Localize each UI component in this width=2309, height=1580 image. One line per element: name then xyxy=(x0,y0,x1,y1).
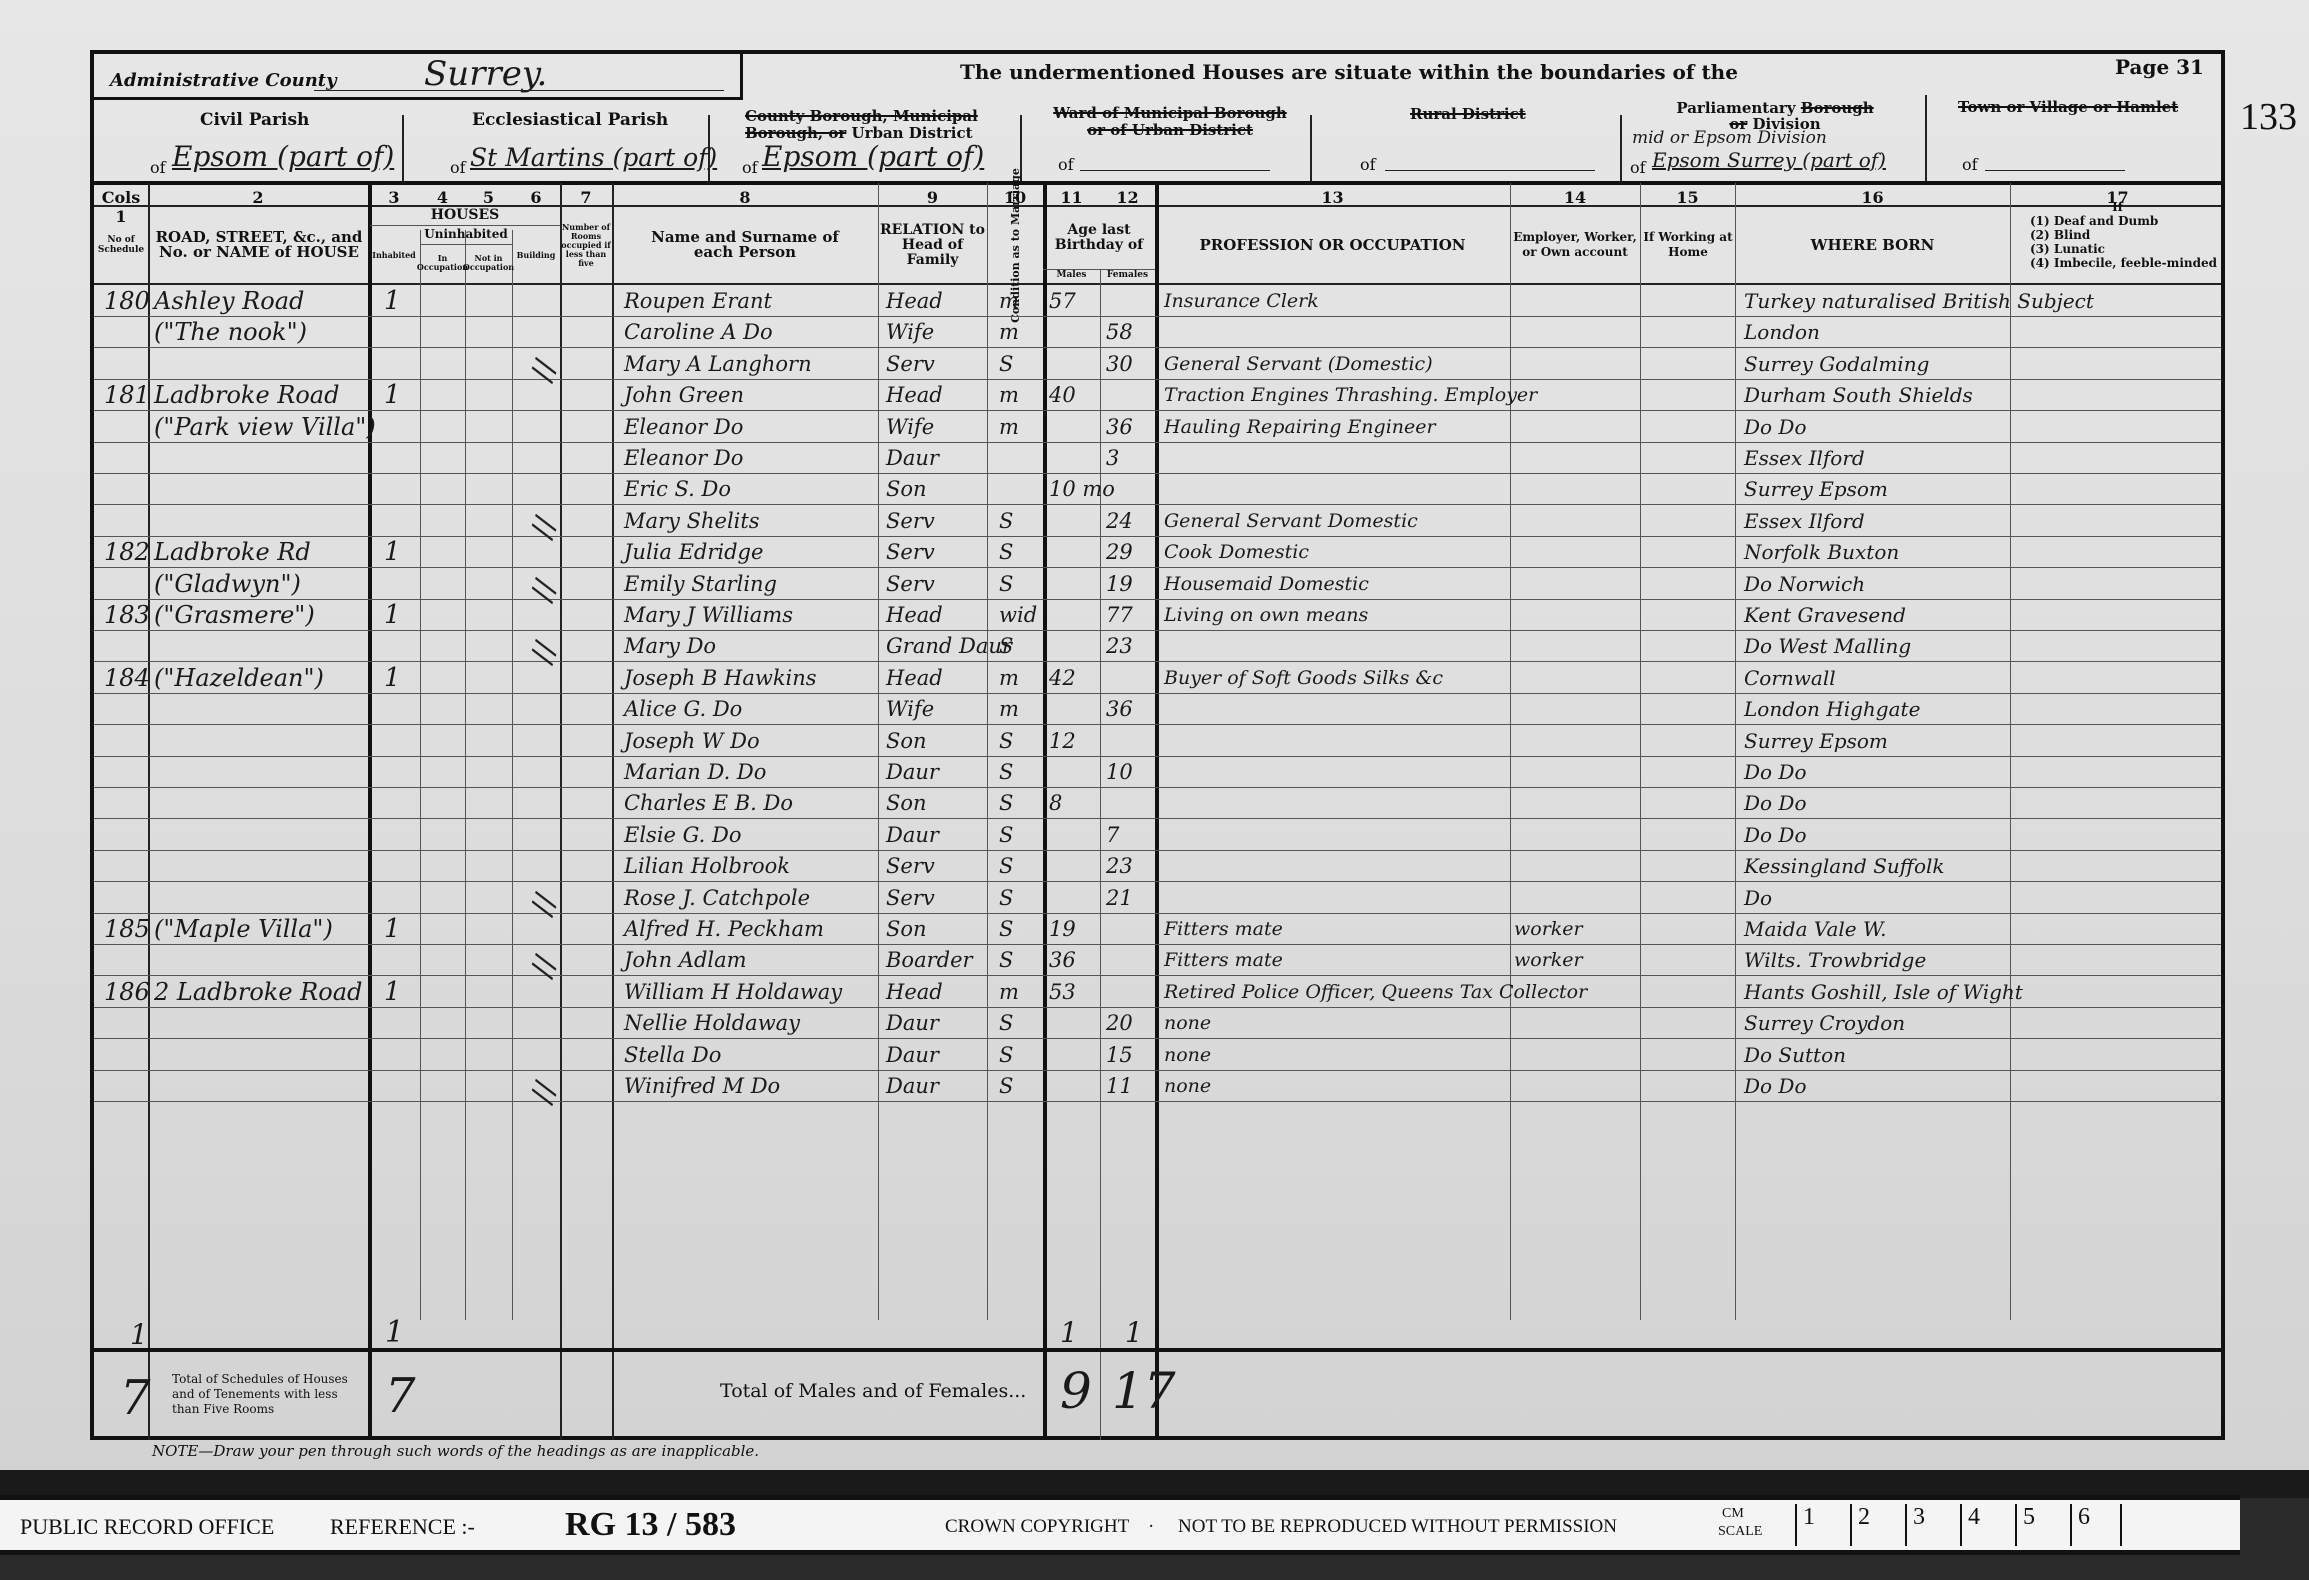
scale-4: 4 xyxy=(1960,1504,2012,1546)
cell-name: Mary Do xyxy=(624,631,716,662)
cell-born: Do Do xyxy=(1744,412,1807,443)
cell-born: Surrey Godalming xyxy=(1744,349,1929,380)
table-row: Elsie G. DoDaurS7Do Do xyxy=(94,820,2221,851)
cell-address: Ladbroke Road xyxy=(154,380,339,411)
cell-relation: Daur xyxy=(886,820,939,851)
cell-born: Hants Goshill, Isle of Wight xyxy=(1744,977,2023,1008)
cell-occupation: none xyxy=(1164,1040,1211,1071)
cell-address: ("Park view Villa") xyxy=(154,412,376,443)
table-row: Joseph W DoSonS12Surrey Epsom xyxy=(94,726,2221,757)
cell-female-age: 58 xyxy=(1106,317,1133,348)
table-row: Mary A LanghornServS30General Servant (D… xyxy=(94,349,2221,380)
cell-employment: worker xyxy=(1514,914,1583,945)
cell-occupation: Housemaid Domestic xyxy=(1164,569,1369,600)
cell-male-age: 19 xyxy=(1049,914,1076,945)
cell-address: ("The nook") xyxy=(154,317,307,348)
cell-female-age: 24 xyxy=(1106,506,1133,537)
cell-name: Alfred H. Peckham xyxy=(624,914,824,945)
cell-name: Roupen Erant xyxy=(624,286,772,317)
ecclesiastical-parish-label: Ecclesiastical Parish xyxy=(472,110,668,130)
table-row: Mary ShelitsServS24General Servant Domes… xyxy=(94,506,2221,537)
cell-born: Essex Ilford xyxy=(1744,506,1865,537)
table-row: Charles E B. DoSonS8Do Do xyxy=(94,788,2221,819)
cell-occupation: Retired Police Officer, Queens Tax Colle… xyxy=(1164,977,1587,1008)
cell-address: ("Grasmere") xyxy=(154,600,315,631)
col-heading-infirmity: (1) Deaf and Dumb (2) Blind (3) Lunatic … xyxy=(2030,214,2220,270)
cell-relation: Wife xyxy=(886,412,934,443)
cell-female-age: 11 xyxy=(1106,1071,1133,1102)
cell-born: Do Do xyxy=(1744,820,1807,851)
cell-born: Do Do xyxy=(1744,788,1807,819)
cell-relation: Wife xyxy=(886,317,934,348)
cell-condition: m xyxy=(999,412,1019,443)
cell-condition: m xyxy=(999,694,1019,725)
cell-address: ("Hazeldean") xyxy=(154,663,324,694)
cell-condition: S xyxy=(999,883,1013,914)
col-heading-relation: RELATION to Head of Family xyxy=(880,210,985,280)
cell-condition: S xyxy=(999,851,1013,882)
cell-address: Ashley Road xyxy=(154,286,304,317)
cell-condition: m xyxy=(999,977,1019,1008)
ward-value-line xyxy=(1080,170,1270,171)
table-row: 185("Maple Villa")1Alfred H. PeckhamSonS… xyxy=(94,914,2221,945)
cell-relation: Serv xyxy=(886,537,935,568)
cell-occupation: Insurance Clerk xyxy=(1164,286,1319,317)
cell-sched: 186 xyxy=(104,977,150,1008)
cell-inhabited: 1 xyxy=(384,663,401,694)
cell-address: ("Gladwyn") xyxy=(154,569,301,600)
cell-occupation: General Servant (Domestic) xyxy=(1164,349,1433,380)
cell-condition: S xyxy=(999,788,1013,819)
reference-value: RG 13 / 583 xyxy=(565,1506,736,1544)
urban-district-label: County Borough, Municipal Borough, or Ur… xyxy=(745,108,985,142)
cell-relation: Wife xyxy=(886,694,934,725)
cell-condition: S xyxy=(999,945,1013,976)
cell-female-age: 3 xyxy=(1106,443,1119,474)
col-heading-schedule: No of Schedule xyxy=(94,210,148,280)
table-row: Stella DoDaurS15noneDo Sutton xyxy=(94,1040,2221,1071)
cell-female-age: 23 xyxy=(1106,851,1133,882)
cell-relation: Head xyxy=(886,600,943,631)
cell-female-age: 23 xyxy=(1106,631,1133,662)
urban-district-value: Epsom (part of) xyxy=(762,140,984,173)
col-heading-occupation: PROFESSION OR OCCUPATION xyxy=(1160,210,1505,280)
table-row: Mary DoGrand DaurS23Do West Malling// xyxy=(94,631,2221,662)
cell-occupation: Traction Engines Thrashing. Employer xyxy=(1164,380,1537,411)
table-row: Rose J. CatchpoleServS21Do// xyxy=(94,883,2221,914)
cell-occupation: Cook Domestic xyxy=(1164,537,1309,568)
cell-name: Lilian Holbrook xyxy=(624,851,790,882)
archive-office: PUBLIC RECORD OFFICE xyxy=(20,1514,274,1540)
cell-relation: Grand Daur xyxy=(886,631,1012,662)
cell-female-age: 19 xyxy=(1106,569,1133,600)
cell-relation: Head xyxy=(886,977,943,1008)
cell-name: Elsie G. Do xyxy=(624,820,742,851)
copyright: CROWN COPYRIGHT xyxy=(945,1516,1129,1538)
town-value-line xyxy=(1985,170,2125,171)
table-row: ("Gladwyn")Emily StarlingServS19Housemai… xyxy=(94,569,2221,600)
cell-male-age: 10 mo xyxy=(1049,474,1115,505)
cell-sched: 182 xyxy=(104,537,150,568)
cell-name: Winifred M Do xyxy=(624,1071,780,1102)
cell-name: Eleanor Do xyxy=(624,443,743,474)
cell-name: Marian D. Do xyxy=(624,757,766,788)
cell-condition: m xyxy=(999,317,1019,348)
cell-male-age: 40 xyxy=(1049,380,1076,411)
cell-born: Surrey Croydon xyxy=(1744,1008,1905,1039)
civil-parish-label: Civil Parish xyxy=(200,110,309,130)
table-row: John AdlamBoarderS36Fitters mateworkerWi… xyxy=(94,945,2221,976)
cell-female-age: 77 xyxy=(1106,600,1133,631)
admin-county-value: Surrey. xyxy=(424,54,547,94)
cell-male-age: 36 xyxy=(1049,945,1076,976)
cell-relation: Head xyxy=(886,663,943,694)
cell-born: Do Norwich xyxy=(1744,569,1865,600)
cell-name: John Adlam xyxy=(624,945,747,976)
cell-condition: m xyxy=(999,663,1019,694)
houses-heading: HOUSES xyxy=(370,207,560,223)
cell-male-age: 57 xyxy=(1049,286,1076,317)
col-heading-address: ROAD, STREET, &c., and No. or NAME of HO… xyxy=(152,210,366,280)
cell-sched: 181 xyxy=(104,380,150,411)
cell-name: Mary J Williams xyxy=(624,600,793,631)
cell-name: Emily Starling xyxy=(624,569,777,600)
table-row: Winifred M DoDaurS11noneDo Do// xyxy=(94,1071,2221,1102)
cell-born: Norfolk Buxton xyxy=(1744,537,1899,568)
cell-occupation: Fitters mate xyxy=(1164,945,1283,976)
table-row: 180Ashley Road1Roupen ErantHeadm57Insura… xyxy=(94,286,2221,317)
folio-number: 133 xyxy=(2240,95,2297,139)
cell-name: Alice G. Do xyxy=(624,694,742,725)
col-heading-age: Age last Birthday of xyxy=(1043,210,1155,265)
cell-born: Wilts. Trowbridge xyxy=(1744,945,1926,976)
cell-sched: 183 xyxy=(104,600,150,631)
cell-name: Rose J. Catchpole xyxy=(624,883,810,914)
civil-parish-value: Epsom (part of) xyxy=(172,140,394,173)
scale-2: 2 xyxy=(1850,1504,1902,1546)
cell-condition: S xyxy=(999,726,1013,757)
cell-relation: Serv xyxy=(886,349,935,380)
ward-label: Ward of Municipal Borough or of Urban Di… xyxy=(1045,105,1295,139)
table-row: Nellie HoldawayDaurS20noneSurrey Croydon xyxy=(94,1008,2221,1039)
uninhabited-heading: Uninhabited xyxy=(420,227,512,241)
parliamentary-value: Epsom Surrey (part of) xyxy=(1652,148,1886,172)
cell-condition: m xyxy=(999,286,1019,317)
cell-condition: S xyxy=(999,1040,1013,1071)
table-row: Eric S. DoSon10 moSurrey Epsom xyxy=(94,474,2221,505)
cell-sched: 185 xyxy=(104,914,150,945)
cell-inhabited: 1 xyxy=(384,286,401,317)
cell-female-age: 20 xyxy=(1106,1008,1133,1039)
cell-occupation: none xyxy=(1164,1008,1211,1039)
cell-born: Maida Vale W. xyxy=(1744,914,1886,945)
cell-born: London xyxy=(1744,317,1820,348)
cell-born: Essex Ilford xyxy=(1744,443,1865,474)
cell-born: London Highgate xyxy=(1744,694,1920,725)
cell-condition: S xyxy=(999,349,1013,380)
table-row: ("Park view Villa")Eleanor DoWifem36Haul… xyxy=(94,412,2221,443)
cell-condition: S xyxy=(999,914,1013,945)
cell-born: Surrey Epsom xyxy=(1744,726,1888,757)
cell-female-age: 36 xyxy=(1106,694,1133,725)
cell-relation: Daur xyxy=(886,1040,939,1071)
cell-relation: Son xyxy=(886,788,927,819)
col-heading-working-home: If Working at Home xyxy=(1642,210,1734,280)
cell-relation: Son xyxy=(886,726,927,757)
cell-relation: Daur xyxy=(886,757,939,788)
cell-condition: S xyxy=(999,537,1013,568)
cell-name: Charles E B. Do xyxy=(624,788,793,819)
cell-born: Cornwall xyxy=(1744,663,1836,694)
cell-female-age: 30 xyxy=(1106,349,1133,380)
col-heading-name: Name and Surname of each Person xyxy=(640,210,850,280)
total-schedules: 7 xyxy=(120,1370,151,1426)
cell-name: Caroline A Do xyxy=(624,317,773,348)
cell-born: Do Do xyxy=(1744,757,1807,788)
cell-female-age: 36 xyxy=(1106,412,1133,443)
total-persons-label: Total of Males and of Females... xyxy=(720,1380,1026,1402)
ecclesiastical-parish-value: St Martins (part of) xyxy=(470,143,717,172)
cell-relation: Daur xyxy=(886,1008,939,1039)
cell-female-age: 7 xyxy=(1106,820,1119,851)
cell-name: Stella Do xyxy=(624,1040,721,1071)
cell-condition: S xyxy=(999,1008,1013,1039)
cell-employment: worker xyxy=(1514,945,1583,976)
cell-relation: Son xyxy=(886,474,927,505)
cell-male-age: 53 xyxy=(1049,977,1076,1008)
cell-inhabited: 1 xyxy=(384,380,401,411)
census-page: 133 The undermentioned Houses are situat… xyxy=(0,0,2309,1490)
reference-label: REFERENCE :- xyxy=(330,1514,475,1540)
cell-sched: 184 xyxy=(104,663,150,694)
cell-occupation: Buyer of Soft Goods Silks &c xyxy=(1164,663,1443,694)
cell-sched: 180 xyxy=(104,286,150,317)
scale-6: 6 xyxy=(2070,1504,2122,1546)
cell-name: Joseph B Hawkins xyxy=(624,663,817,694)
cell-female-age: 21 xyxy=(1106,883,1133,914)
col-heading-where-born: WHERE BORN xyxy=(1737,210,2008,280)
table-row: 181Ladbroke Road1John GreenHeadm40Tracti… xyxy=(94,380,2221,411)
admin-county-box: Administrative County Surrey. xyxy=(94,54,743,100)
cell-name: Julia Edridge xyxy=(624,537,763,568)
table-row: Eleanor DoDaur3Essex Ilford xyxy=(94,443,2221,474)
col-heading-condition: Condition as to Marriage xyxy=(987,210,1043,280)
cell-inhabited: 1 xyxy=(384,914,401,945)
cell-relation: Serv xyxy=(886,506,935,537)
cell-born: Durham South Shields xyxy=(1744,380,1973,411)
cell-name: Mary A Langhorn xyxy=(624,349,812,380)
town-label: Town or Village or Hamlet xyxy=(1958,98,2178,116)
table-row: ("The nook")Caroline A DoWifem58London xyxy=(94,317,2221,348)
admin-county-label: Administrative County xyxy=(110,70,337,91)
cell-born: Kessingland Suffolk xyxy=(1744,851,1945,882)
cell-male-age: 12 xyxy=(1049,726,1076,757)
cell-born: Do Do xyxy=(1744,1071,1807,1102)
cell-condition: wid xyxy=(999,600,1037,631)
cell-occupation: Fitters mate xyxy=(1164,914,1283,945)
cell-born: Do Sutton xyxy=(1744,1040,1846,1071)
cell-address: Ladbroke Rd xyxy=(154,537,311,568)
cell-relation: Daur xyxy=(886,443,939,474)
cell-condition: S xyxy=(999,820,1013,851)
cell-condition: S xyxy=(999,569,1013,600)
cell-occupation: General Servant Domestic xyxy=(1164,506,1418,537)
cell-occupation: Hauling Repairing Engineer xyxy=(1164,412,1436,443)
cell-name: Mary Shelits xyxy=(624,506,760,537)
cell-name: John Green xyxy=(624,380,744,411)
cell-relation: Boarder xyxy=(886,945,973,976)
cell-address: 2 Ladbroke Road xyxy=(154,977,362,1008)
cell-male-age: 42 xyxy=(1049,663,1076,694)
col-heading-employer: Employer, Worker, or Own account xyxy=(1512,210,1638,280)
table-row: Alice G. DoWifem36London Highgate xyxy=(94,694,2221,725)
cell-inhabited: 1 xyxy=(384,537,401,568)
cell-condition: S xyxy=(999,506,1013,537)
cell-inhabited: 1 xyxy=(384,600,401,631)
cell-male-age: 8 xyxy=(1049,788,1062,819)
archive-footer: PUBLIC RECORD OFFICE REFERENCE :- RG 13 … xyxy=(0,1495,2240,1555)
parliamentary-annotation: mid or Epsom Division xyxy=(1632,128,1827,148)
scan-edge xyxy=(0,1470,2309,1498)
restriction: NOT TO BE REPRODUCED WITHOUT PERMISSION xyxy=(1178,1516,1617,1538)
cell-name: William H Holdaway xyxy=(624,977,842,1008)
scale-5: 5 xyxy=(2015,1504,2067,1546)
rural-district-value-line xyxy=(1385,170,1595,171)
cell-born: Turkey naturalised British Subject xyxy=(1744,286,2094,317)
cell-name: Eleanor Do xyxy=(624,412,743,443)
cell-female-age: 10 xyxy=(1106,757,1133,788)
cell-condition: m xyxy=(999,380,1019,411)
table-row: 184("Hazeldean")1Joseph B HawkinsHeadm42… xyxy=(94,663,2221,694)
total-schedules-label: Total of Schedules of Houses and of Tene… xyxy=(172,1372,362,1417)
total-males: 9 xyxy=(1060,1362,1092,1420)
cell-relation: Serv xyxy=(886,851,935,882)
cell-inhabited: 1 xyxy=(384,977,401,1008)
cell-relation: Serv xyxy=(886,883,935,914)
cell-relation: Daur xyxy=(886,1071,939,1102)
table-row: 1862 Ladbroke Road1William H HoldawayHea… xyxy=(94,977,2221,1008)
cell-born: Do West Malling xyxy=(1744,631,1911,662)
table-row: Marian D. DoDaurS10Do Do xyxy=(94,757,2221,788)
table-row: 182Ladbroke Rd1Julia EdridgeServS29Cook … xyxy=(94,537,2221,568)
cell-name: Eric S. Do xyxy=(624,474,731,505)
cell-relation: Son xyxy=(886,914,927,945)
scale-1: 1 xyxy=(1795,1504,1847,1546)
table-row: Lilian HolbrookServS23Kessingland Suffol… xyxy=(94,851,2221,882)
cell-female-age: 15 xyxy=(1106,1040,1133,1071)
cell-occupation: Living on own means xyxy=(1164,600,1368,631)
cell-relation: Head xyxy=(886,286,943,317)
cell-occupation: none xyxy=(1164,1071,1211,1102)
total-houses: 7 xyxy=(385,1368,416,1424)
cell-female-age: 29 xyxy=(1106,537,1133,568)
cell-condition: S xyxy=(999,757,1013,788)
cell-address: ("Maple Villa") xyxy=(154,914,333,945)
scale-3: 3 xyxy=(1905,1504,1957,1546)
table-row: 183("Grasmere")1Mary J WilliamsHeadwid77… xyxy=(94,600,2221,631)
cell-condition: S xyxy=(999,631,1013,662)
cell-name: Nellie Holdaway xyxy=(624,1008,800,1039)
rural-district-label: Rural District xyxy=(1410,105,1526,123)
cell-born: Surrey Epsom xyxy=(1744,474,1888,505)
note: NOTE—Draw your pen through such words of… xyxy=(152,1442,759,1460)
cell-born: Kent Gravesend xyxy=(1744,600,1906,631)
cell-relation: Head xyxy=(886,380,943,411)
cell-name: Joseph W Do xyxy=(624,726,760,757)
total-females: 17 xyxy=(1112,1362,1176,1420)
cell-condition: S xyxy=(999,1071,1013,1102)
cell-relation: Serv xyxy=(886,569,935,600)
cell-born: Do xyxy=(1744,883,1772,914)
